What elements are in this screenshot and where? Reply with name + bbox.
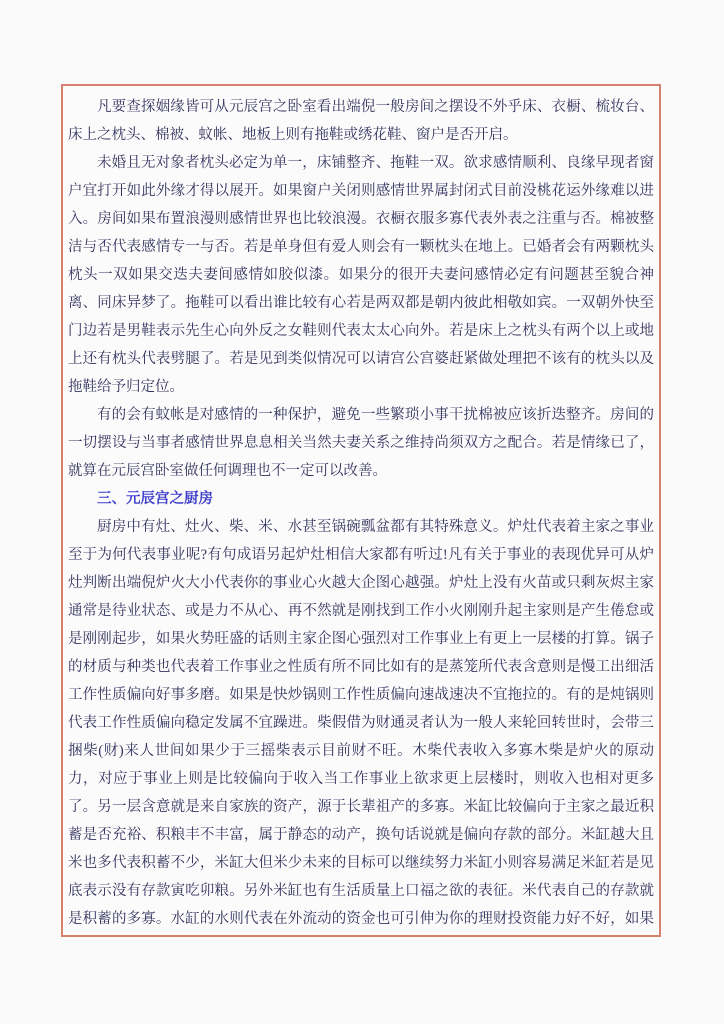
paragraph-bedroom-details: 未婚且无对象者枕头必定为单一，床铺整齐、拖鞋一双。欲求感情顺利、良缘早现者窗户宜…: [68, 149, 654, 401]
paragraph-bedroom-overview: 凡要查探姻缘皆可从元辰宫之卧室看出端倪一般房间之摆设不外乎床、衣橱、梳妆台、床上…: [68, 93, 654, 149]
page: { "colors": { "page_background": "#fbfaf…: [0, 0, 724, 1024]
section-heading-kitchen: 三、元辰宫之厨房: [68, 485, 654, 513]
paragraph-bedroom-mosquito-net: 有的会有蚊帐是对感情的一种保护，避免一些繁琐小事干扰棉被应该折迭整齐。房间的一切…: [68, 401, 654, 485]
paragraph-kitchen: 厨房中有灶、灶火、柴、米、水甚至锅碗瓢盆都有其特殊意义。炉灶代表着主家之事业至于…: [68, 513, 654, 937]
document-border-box: 凡要查探姻缘皆可从元辰宫之卧室看出端倪一般房间之摆设不外乎床、衣橱、梳妆台、床上…: [61, 84, 661, 937]
document-body: 凡要查探姻缘皆可从元辰宫之卧室看出端倪一般房间之摆设不外乎床、衣橱、梳妆台、床上…: [68, 93, 654, 937]
